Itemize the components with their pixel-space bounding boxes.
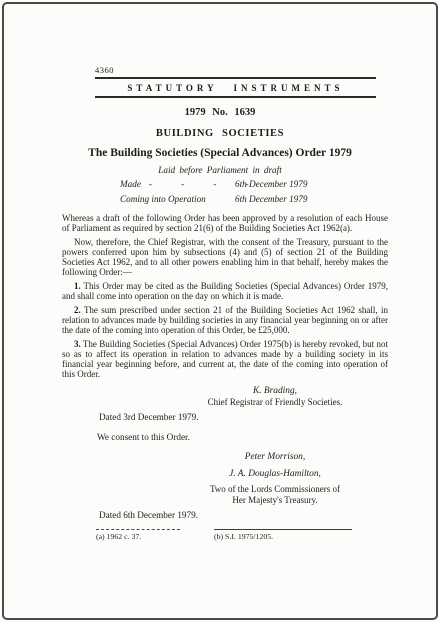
dated-second-line: Dated 6th December 1979. <box>99 510 440 520</box>
treasury-role-line-1: Two of the Lords Commissioners of <box>150 484 400 495</box>
article-1-number: 1. <box>74 281 81 291</box>
document-title: The Building Societies (Special Advances… <box>0 147 440 159</box>
treasury-role: Two of the Lords Commissioners of Her Ma… <box>150 484 400 505</box>
footnote-b-cell: (b) S.I. 1975/1205. <box>214 529 390 541</box>
footnote-rule-right <box>214 529 352 530</box>
footnote-a: (a) 1962 c. 37. <box>96 532 214 541</box>
article-2-number: 2. <box>74 305 81 315</box>
registrar-name: K. Brading, <box>150 386 400 396</box>
subject-heading: BUILDING SOCIETIES <box>0 128 440 139</box>
made-dashes: - - - - <box>149 179 249 189</box>
masthead: 4360 STATUTORY INSTRUMENTS <box>95 66 376 98</box>
recital-whereas: Whereas a draft of the following Order h… <box>62 213 388 233</box>
recital-now-therefore: Now, therefore, the Chief Registrar, wit… <box>62 237 388 277</box>
article-2: 2. The sum prescribed under section 21 o… <box>62 305 388 335</box>
coming-label: Coming into Operation <box>120 193 235 205</box>
registrar-signature-block: K. Brading, Chief Registrar of Friendly … <box>150 386 400 407</box>
article-3-text: The Building Societies (Special Advances… <box>62 339 388 379</box>
treasury-signatory-1-name: Peter Morrison, <box>150 452 400 462</box>
footnote-a-cell: (a) 1962 c. 37. <box>96 529 214 541</box>
statutory-instruments-banner: STATUTORY INSTRUMENTS <box>95 79 376 96</box>
article-1-text: This Order may be cited as the Building … <box>62 281 388 301</box>
made-label-cell: Made- - - - <box>120 178 235 190</box>
masthead-rule-bottom <box>95 96 376 98</box>
article-3: 3. The Building Societies (Special Advan… <box>62 339 388 379</box>
treasury-role-line-2: Her Majesty's Treasury. <box>150 495 400 506</box>
made-dateline: Made- - - - 6th December 1979 <box>120 178 440 190</box>
made-date: 6th December 1979 <box>235 178 440 190</box>
footnote-b: (b) S.I. 1975/1205. <box>214 532 390 541</box>
article-1: 1. This Order may be cited as the Buildi… <box>62 281 388 301</box>
coming-date: 6th December 1979 <box>235 193 440 205</box>
laid-before-parliament-line: Laid before Parliament in draft <box>0 165 440 175</box>
si-number: 1979 No. 1639 <box>0 107 440 118</box>
treasury-signatory-2-name: J. A. Douglas-Hamilton, <box>150 469 400 479</box>
article-3-number: 3. <box>74 339 81 349</box>
dated-first-line: Dated 3rd December 1979. <box>99 412 440 422</box>
treasury-signatory-1-block: Peter Morrison, <box>150 452 400 462</box>
consent-line: We consent to this Order. <box>97 432 440 442</box>
made-label: Made <box>120 179 141 189</box>
scanned-document-page: 4360 STATUTORY INSTRUMENTS 1979 No. 1639… <box>0 0 440 622</box>
treasury-signatory-2-block: J. A. Douglas-Hamilton, Two of the Lords… <box>150 469 400 505</box>
footnote-rule-left <box>96 529 180 530</box>
registrar-role: Chief Registrar of Friendly Societies. <box>150 397 400 407</box>
coming-into-operation-dateline: Coming into Operation 6th December 1979 <box>120 193 440 205</box>
article-2-text: The sum prescribed under section 21 of t… <box>62 305 388 335</box>
footnotes: (a) 1962 c. 37. (b) S.I. 1975/1205. <box>96 529 390 541</box>
page-number: 4360 <box>95 66 376 75</box>
